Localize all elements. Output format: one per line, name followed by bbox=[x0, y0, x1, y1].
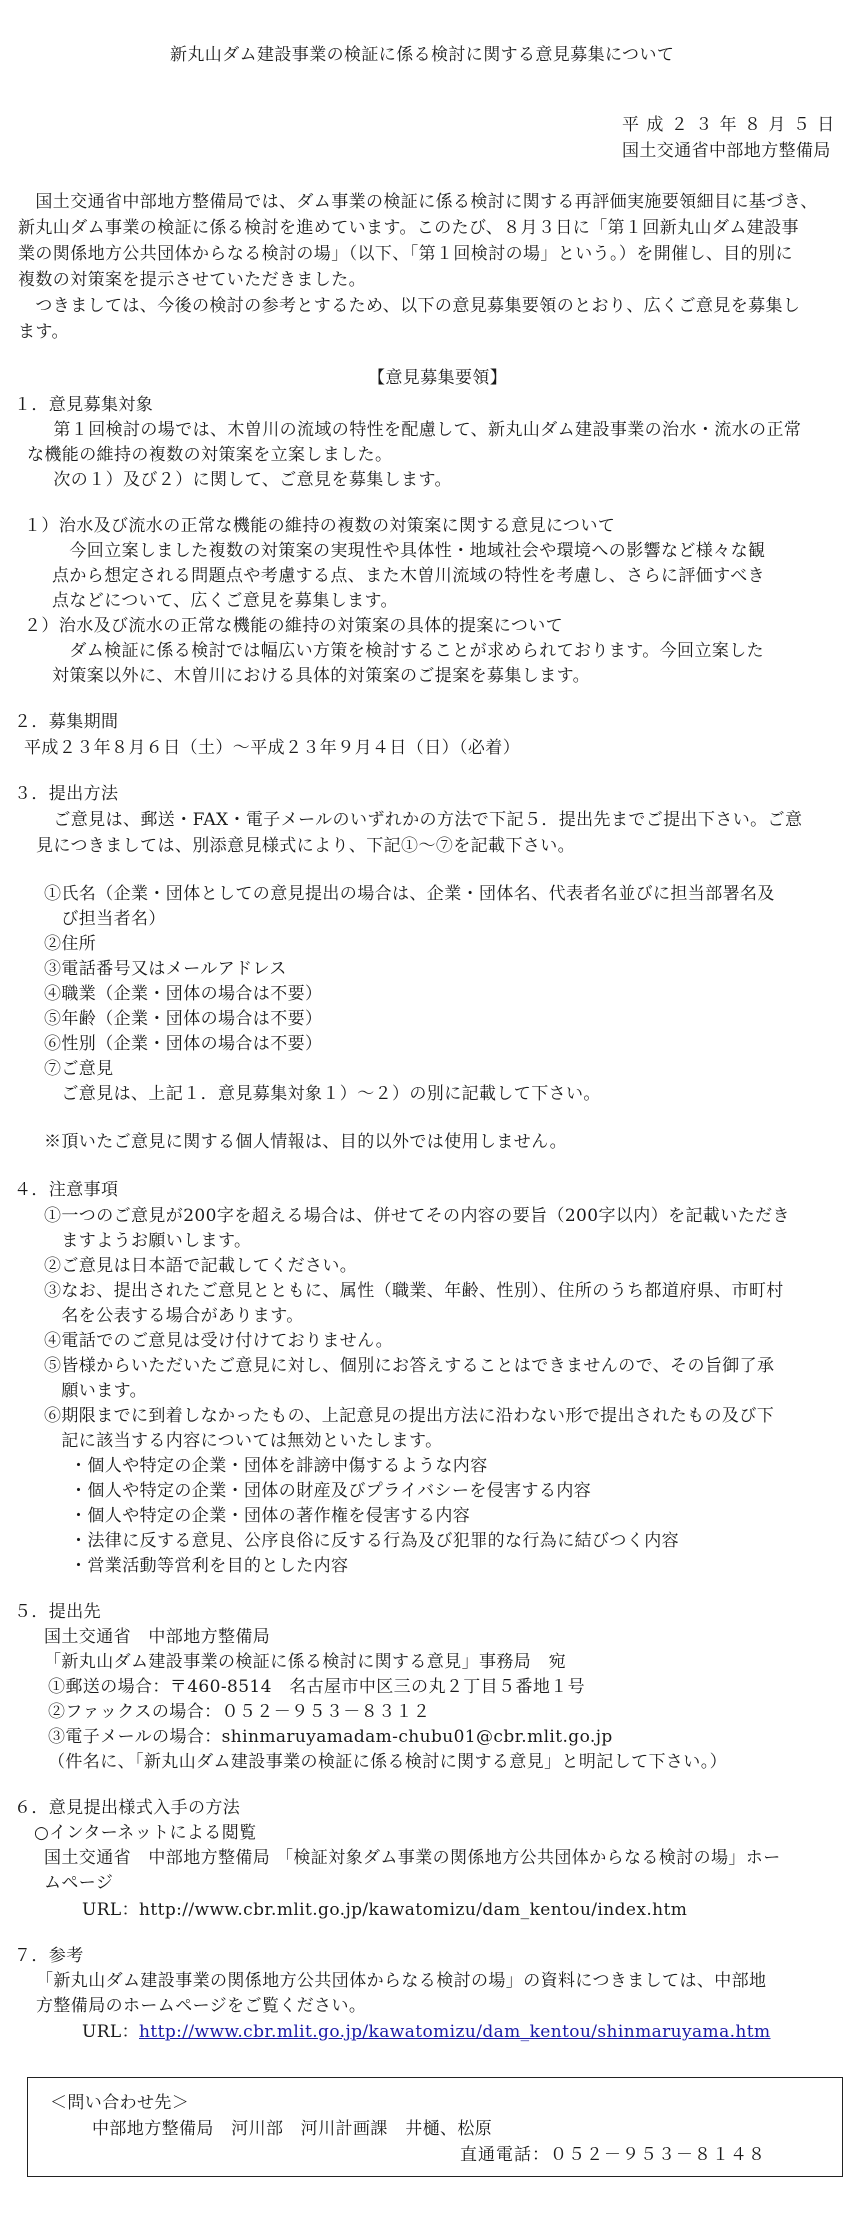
submission-mail: ①郵送の場合：〒460-8514 名古屋市中区三の丸２丁目５番地１号 bbox=[48, 1675, 585, 1699]
section-text: 第１回検討の場では、木曽川の流域の特性を配慮して、新丸山ダム建設事業の治水・流水… bbox=[36, 418, 801, 442]
required-field-item: ②住所 bbox=[44, 932, 96, 956]
section-text: 方整備局のホームページをご覧ください。 bbox=[36, 1994, 366, 2018]
contact-phone: 直通電話：０５２－９５３－８１４８ bbox=[460, 2143, 766, 2167]
subitem-title: ２）治水及び流水の正常な機能の維持の対策案の具体的提案について bbox=[24, 614, 563, 638]
caution-item: 記に該当する内容については無効といたします。 bbox=[44, 1429, 443, 1453]
contact-department: 中部地方整備局 河川部 河川計画課 井樋、松原 bbox=[92, 2117, 492, 2141]
caution-item: ますようお願いします。 bbox=[44, 1229, 251, 1253]
invalid-content-bullet: ・営業活動等営利を目的とした内容 bbox=[70, 1554, 348, 1578]
caution-item: 願います。 bbox=[44, 1379, 147, 1403]
invalid-content-bullet: ・個人や特定の企業・団体を誹謗中傷するような内容 bbox=[70, 1454, 488, 1478]
subitem-text: 点から想定される問題点や考慮する点、また木曽川流域の特性を考慮し、さらに評価すべ… bbox=[52, 564, 765, 588]
section-text: 国土交通省 中部地方整備局 「検証対象ダム事業の関係地方公共団体からなる検討の場… bbox=[44, 1846, 781, 1870]
subitem-title: １）治水及び流水の正常な機能の維持の複数の対策案に関する意見について bbox=[24, 514, 615, 538]
intro-line: つきましては、今後の検討の参考とするため、以下の意見募集要領のとおり、広くご意見… bbox=[18, 294, 800, 318]
caution-item: ①一つのご意見が200字を超える場合は、併せてその内容の要旨（200字以内）を記… bbox=[44, 1204, 790, 1228]
invalid-content-bullet: ・個人や特定の企業・団体の著作権を侵害する内容 bbox=[70, 1504, 470, 1528]
shinmaruyama-link[interactable]: http://www.cbr.mlit.go.jp/kawatomizu/dam… bbox=[139, 2022, 770, 2042]
section-heading: ２．募集期間 bbox=[14, 710, 118, 734]
caution-item: ③なお、提出されたご意見とともに、属性（職業、年齢、性別）、住所のうち都道府県、… bbox=[44, 1279, 784, 1303]
section-heading: １．意見募集対象 bbox=[14, 393, 153, 417]
required-field-item: ⑦ご意見 bbox=[44, 1057, 114, 1081]
submission-org: 国土交通省 中部地方整備局 bbox=[44, 1625, 270, 1649]
section-text: 次の１）及び２）に関して、ご意見を募集します。 bbox=[36, 468, 452, 492]
intro-line: 複数の対策案を提示させていただきました。 bbox=[18, 268, 366, 292]
guidelines-heading: 【意見募集要領】 bbox=[368, 366, 507, 390]
section-text: 「新丸山ダム建設事業の関係地方公共団体からなる検討の場」の資料につきましては、中… bbox=[36, 1969, 766, 1993]
document-title: 新丸山ダム建設事業の検証に係る検討に関する意見募集について bbox=[170, 43, 674, 67]
issue-date: 平 成 ２ ３ 年 ８ 月 ５ 日 bbox=[622, 113, 835, 137]
intro-line: 業の関係地方公共団体からなる検討の場」（以下、「第１回検討の場」という。）を開催… bbox=[18, 242, 793, 266]
url-label: URL： bbox=[82, 1900, 139, 1920]
submission-email: ③電子メールの場合：shinmaruyamadam-chubu01@cbr.ml… bbox=[48, 1725, 613, 1749]
required-field-item: ⑤年齢（企業・団体の場合は不要） bbox=[44, 1007, 322, 1031]
url-line: URL：http://www.cbr.mlit.go.jp/kawatomizu… bbox=[82, 1898, 687, 1922]
caution-item: ⑤皆様からいただいたご意見に対し、個別にお答えすることはできませんので、その旨御… bbox=[44, 1354, 774, 1378]
section-text: 見につきましては、別添意見様式により、下記①～⑦を記載下さい。 bbox=[36, 834, 575, 858]
submission-office: 「新丸山ダム建設事業の検証に係る検討に関する意見」事務局 宛 bbox=[44, 1650, 566, 1674]
caution-item: ⑥期限までに到着しなかったもの、上記意見の提出方法に沿わない形で提出されたもの及… bbox=[44, 1404, 774, 1428]
contact-heading: ＜問い合わせ先＞ bbox=[50, 2091, 189, 2115]
privacy-note: ※頂いたご意見に関する個人情報は、目的以外では使用しません。 bbox=[44, 1130, 567, 1154]
url-label: URL： bbox=[82, 2022, 139, 2042]
section-text: ご意見は、郵送・FAX・電子メールのいずれかの方法で下記５．提出先までご提出下さ… bbox=[36, 808, 802, 832]
url-line: URL：http://www.cbr.mlit.go.jp/kawatomizu… bbox=[82, 2020, 771, 2044]
index-url: http://www.cbr.mlit.go.jp/kawatomizu/dam… bbox=[139, 1900, 687, 1920]
section-heading: ７．参考 bbox=[14, 1944, 84, 1968]
caution-item: ②ご意見は日本語で記載してください。 bbox=[44, 1254, 357, 1278]
required-field-item: び担当者名） bbox=[44, 907, 166, 931]
caution-item: ④電話でのご意見は受け付けておりません。 bbox=[44, 1329, 393, 1353]
section-heading: ６．意見提出様式入手の方法 bbox=[14, 1796, 240, 1820]
required-field-item: ⑥性別（企業・団体の場合は不要） bbox=[44, 1032, 322, 1056]
section-heading: ３．提出方法 bbox=[14, 782, 118, 806]
subitem-text: 点などについて、広くご意見を募集します。 bbox=[52, 589, 398, 613]
required-field-item: ご意見は、上記１．意見募集対象１）～２）の別に記載して下さい。 bbox=[44, 1082, 601, 1106]
section-text: ムページ bbox=[44, 1871, 113, 1895]
required-field-item: ①氏名（企業・団体としての意見提出の場合は、企業・団体名、代表者名並びに担当部署… bbox=[44, 882, 775, 906]
invalid-content-bullet: ・法律に反する意見、公序良俗に反する行為及び犯罪的な行為に結びつく内容 bbox=[70, 1529, 679, 1553]
issuer: 国土交通省中部地方整備局 bbox=[622, 139, 831, 163]
section-heading: ５．提出先 bbox=[14, 1600, 101, 1624]
section-text: な機能の維持の複数の対策案を立案しました。 bbox=[27, 443, 392, 467]
intro-line: 国土交通省中部地方整備局では、ダム事業の検証に係る検討に関する再評価実施要領細目… bbox=[18, 190, 818, 214]
required-field-item: ③電話番号又はメールアドレス bbox=[44, 957, 287, 981]
required-field-item: ④職業（企業・団体の場合は不要） bbox=[44, 982, 322, 1006]
recruitment-period: 平成２３年８月６日（土）～平成２３年９月４日（日）（必着） bbox=[24, 736, 520, 760]
subitem-text: 対策案以外に、木曽川における具体的対策案のご提案を募集します。 bbox=[52, 664, 590, 688]
section-heading: ４．注意事項 bbox=[14, 1178, 118, 1202]
intro-line: 新丸山ダム事業の検証に係る検討を進めています。このたび、８月３日に「第１回新丸山… bbox=[18, 216, 799, 240]
intro-line: ます。 bbox=[18, 320, 69, 344]
invalid-content-bullet: ・個人や特定の企業・団体の財産及びプライバシーを侵害する内容 bbox=[70, 1479, 591, 1503]
subitem-text: ダム検証に係る検討では幅広い方策を検討することが求められております。今回立案した bbox=[52, 639, 764, 663]
submission-email-note: （件名に、「新丸山ダム建設事業の検証に係る検討に関する意見」と明記して下さい。） bbox=[48, 1750, 727, 1774]
submission-fax: ②ファックスの場合：０５２－９５３－８３１２ bbox=[48, 1700, 430, 1724]
subitem-text: 今回立案しました複数の対策案の実現性や具体性・地域社会や環境への影響など様々な観 bbox=[52, 539, 765, 563]
method-label: ○インターネットによる閲覧 bbox=[34, 1821, 257, 1845]
caution-item: 名を公表する場合があります。 bbox=[44, 1304, 304, 1328]
